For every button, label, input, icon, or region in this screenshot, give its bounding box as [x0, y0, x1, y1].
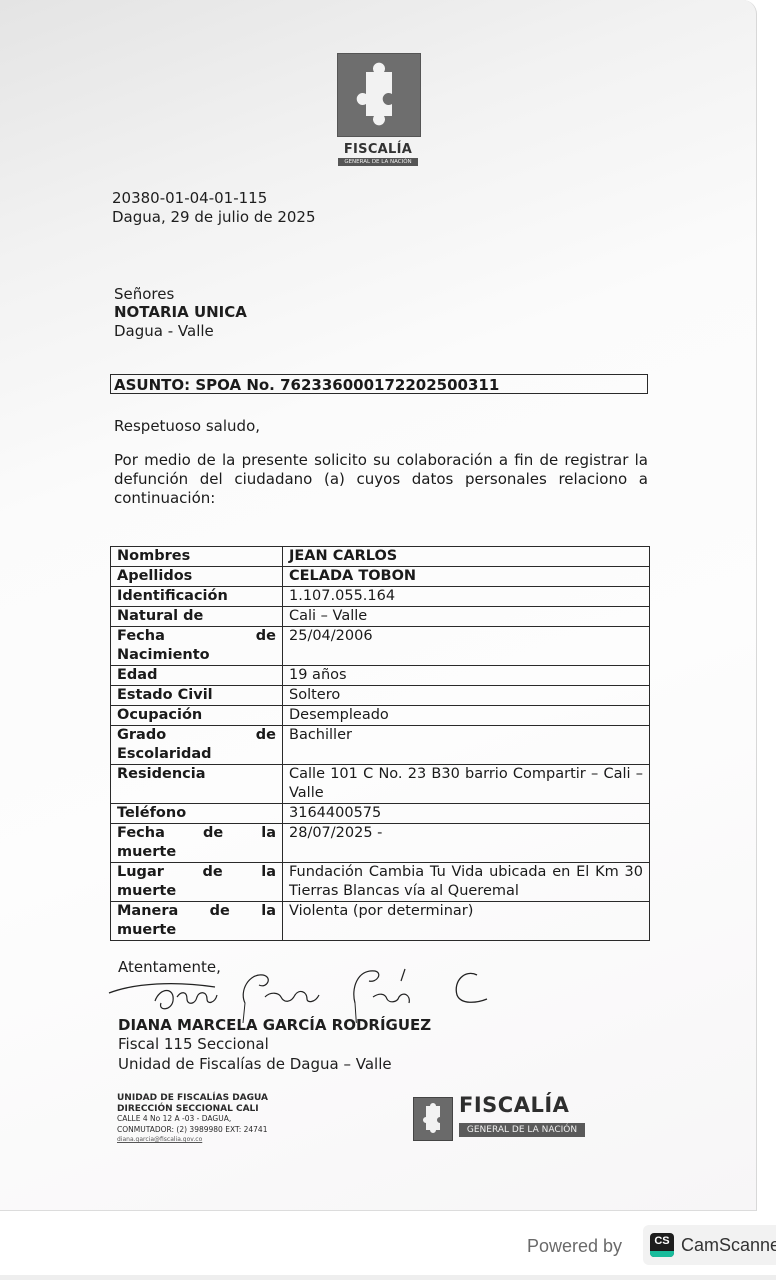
recipient-salutation: Señores [114, 285, 174, 304]
logo-text: CS [650, 1235, 674, 1247]
table-row: ApellidosCELADA TOBON [111, 567, 650, 587]
table-row: Estado CivilSoltero [111, 686, 650, 706]
row-label: Natural de [111, 607, 283, 627]
scanned-page: FISCALÍA GENERAL DE LA NACIÓN 20380-01-0… [0, 0, 757, 1211]
row-label: GradodeEscolaridad [111, 726, 283, 765]
table-row: NombresJEAN CARLOS [111, 547, 650, 567]
row-label: Edad [111, 666, 283, 686]
row-value: 28/07/2025 - [283, 824, 650, 863]
row-label: Identificación [111, 587, 283, 607]
row-label: Apellidos [111, 567, 283, 587]
signer-unit: Unidad de Fiscalías de Dagua – Valle [118, 1055, 392, 1074]
row-value: CELADA TOBON [283, 567, 650, 587]
row-value: Cali – Valle [283, 607, 650, 627]
subject-line: ASUNTO: SPOA No. 762336000172202500311 [110, 374, 648, 394]
bar-divider [0, 1275, 776, 1280]
table-row: Natural deCali – Valle [111, 607, 650, 627]
footer-line-2: DIRECCIÓN SECCIONAL CALI [117, 1104, 268, 1115]
table-row: FechadeNacimiento25/04/2006 [111, 627, 650, 666]
place-date: Dagua, 29 de julio de 2025 [112, 208, 316, 227]
table-row: GradodeEscolaridadBachiller [111, 726, 650, 765]
row-label: Lugardelamuerte [111, 863, 283, 902]
footer-address: UNIDAD DE FISCALÍAS DAGUA DIRECCIÓN SECC… [117, 1093, 268, 1146]
footer-email: diana.garcia@fiscalia.gov.co [117, 1135, 268, 1146]
camscanner-logo-icon: CS [650, 1233, 674, 1257]
logo-accent [650, 1251, 674, 1257]
camscanner-badge[interactable]: CS CamScanner [643, 1225, 776, 1265]
logo-wordmark: FISCALÍA [459, 1093, 569, 1117]
row-value: Bachiller [283, 726, 650, 765]
table-row: Identificación1.107.055.164 [111, 587, 650, 607]
row-value: Fundación Cambia Tu Vida ubicada en El K… [283, 863, 650, 902]
row-label: Maneradelamuerte [111, 902, 283, 941]
logo-wordmark: FISCALÍA [337, 142, 419, 157]
row-label: Ocupación [111, 706, 283, 726]
row-value: Soltero [283, 686, 650, 706]
table-row: Fechadelamuerte28/07/2025 - [111, 824, 650, 863]
footer-line-4: CONMUTADOR: (2) 3989980 EXT: 24741 [117, 1125, 268, 1136]
table-row: LugardelamuerteFundación Cambia Tu Vida … [111, 863, 650, 902]
row-value: Calle 101 C No. 23 B30 barrio Compartir … [283, 765, 650, 804]
fiscalia-logo-top: FISCALÍA GENERAL DE LA NACIÓN [337, 53, 419, 166]
recipient-location: Dagua - Valle [114, 322, 214, 341]
table-row: ManeradelamuerteViolenta (por determinar… [111, 902, 650, 941]
table-row: Edad19 años [111, 666, 650, 686]
footer-line-3: CALLE 4 No 12 A -03 - DAGUA, [117, 1114, 268, 1125]
deceased-data-table: NombresJEAN CARLOSApellidosCELADA TOBONI… [110, 546, 650, 941]
row-value: 1.107.055.164 [283, 587, 650, 607]
handwritten-signature [105, 963, 495, 1023]
powered-by-label: Powered by [527, 1236, 622, 1257]
puzzle-piece-icon [337, 53, 421, 137]
logo-subtitle: GENERAL DE LA NACIÓN [459, 1123, 585, 1137]
logo-subtitle: GENERAL DE LA NACIÓN [338, 158, 418, 166]
reference-number: 20380-01-04-01-115 [112, 189, 267, 208]
body-paragraph: Por medio de la presente solicito su col… [114, 451, 648, 508]
row-label: Fechadelamuerte [111, 824, 283, 863]
row-value: 25/04/2006 [283, 627, 650, 666]
row-value: 19 años [283, 666, 650, 686]
puzzle-piece-icon [413, 1097, 453, 1141]
row-value: Desempleado [283, 706, 650, 726]
row-value: Violenta (por determinar) [283, 902, 650, 941]
footer-line-1: UNIDAD DE FISCALÍAS DAGUA [117, 1093, 268, 1104]
row-value: 3164400575 [283, 804, 650, 824]
recipient-name: NOTARIA UNICA [114, 303, 247, 322]
row-label: Residencia [111, 765, 283, 804]
row-label: FechadeNacimiento [111, 627, 283, 666]
table-row: OcupaciónDesempleado [111, 706, 650, 726]
table-row: ResidenciaCalle 101 C No. 23 B30 barrio … [111, 765, 650, 804]
row-label: Teléfono [111, 804, 283, 824]
row-label: Estado Civil [111, 686, 283, 706]
signer-name: DIANA MARCELA GARCÍA RODRÍGUEZ [118, 1016, 431, 1035]
row-label: Nombres [111, 547, 283, 567]
row-value: JEAN CARLOS [283, 547, 650, 567]
signer-title: Fiscal 115 Seccional [118, 1035, 269, 1054]
camscanner-brand: CamScanner [681, 1235, 776, 1256]
greeting: Respetuoso saludo, [114, 417, 260, 436]
table-row: Teléfono3164400575 [111, 804, 650, 824]
